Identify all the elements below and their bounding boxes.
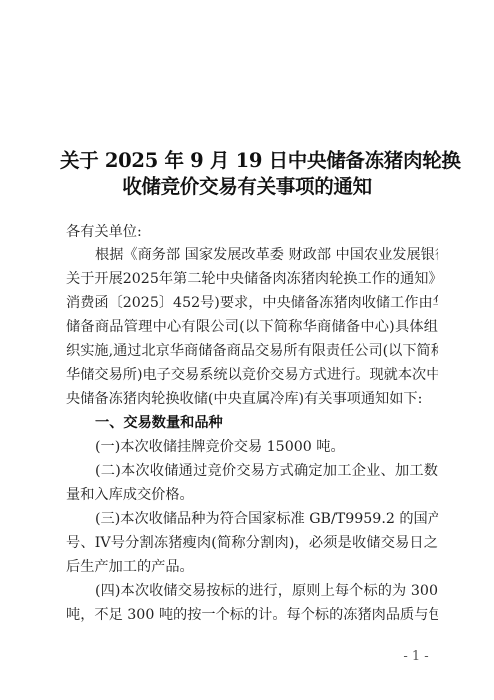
document-page: 关于 2025 年 9 月 19 日中央储备冻猪肉轮换 收储竞价交易有关事项的通… (0, 0, 494, 700)
list-item-line: 后生产加工的产品。 (66, 555, 438, 579)
list-item-line: 量和入库成交价格。 (66, 483, 438, 507)
paragraph-line: 储备商品管理中心有限公司(以下简称华商储备中心)具体组 (66, 315, 438, 339)
paragraph-line: 华储交易所)电子交易系统以竞价交易方式进行。现就本次中 (66, 363, 438, 387)
paragraph-line: 根据《商务部 国家发展改革委 财政部 中国农业发展银行 (95, 243, 438, 267)
list-item-line: 号、IV号分割冻猪瘦肉(简称分割肉)，必须是收储交易日之 (66, 531, 438, 555)
list-item-line: (三)本次收储品种为符合国家标准 GB/T9959.2 的国产II (95, 507, 438, 531)
list-item-line: (四)本次收储交易按标的进行，原则上每个标的为 300 (95, 579, 438, 603)
list-item-line: (一)本次收储挂牌竞价交易 15000 吨。 (95, 435, 438, 459)
list-item-line: 吨，不足 300 吨的按一个标的计。每个标的冻猪肉品质与包装 (66, 603, 438, 627)
document-title-line-1: 关于 2025 年 9 月 19 日中央储备冻猪肉轮换 (60, 148, 434, 174)
paragraph-line: 织实施,通过北京华商储备商品交易所有限责任公司(以下简称 (66, 339, 438, 363)
paragraph-line: 消费函〔2025〕452号)要求，中央储备冻猪肉收储工作由华商 (66, 291, 438, 315)
list-item-line: (二)本次收储通过竞价交易方式确定加工企业、加工数 (95, 459, 438, 483)
paragraph-line: 央储备冻猪肉轮换收储(中央直属冷库)有关事项通知如下: (66, 387, 438, 411)
paragraph-line: 关于开展2025年第二轮中央储备肉冻猪肉轮换工作的通知》(商 (66, 267, 438, 291)
section-heading: 一、交易数量和品种 (95, 411, 438, 435)
document-title-line-2: 收储竞价交易有关事项的通知 (60, 174, 434, 200)
salutation: 各有关单位: (66, 220, 438, 244)
page-number: - 1 - (398, 648, 434, 666)
